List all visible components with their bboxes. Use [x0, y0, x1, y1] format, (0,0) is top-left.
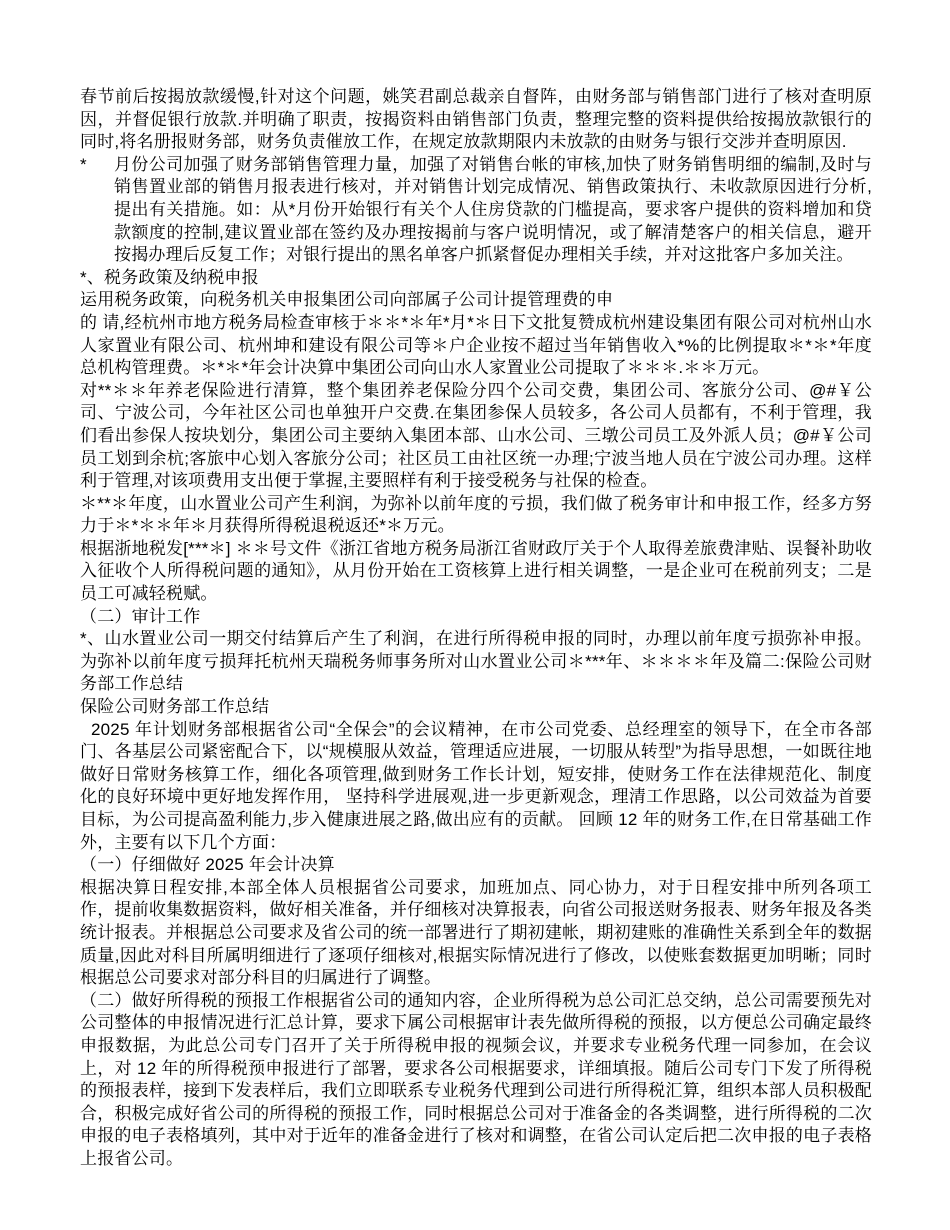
para-final-accounts-detail: 根据决算日程安排,本部全体人员根据省公司要求，加班加点、同心协力，对于日程安排中… [80, 877, 872, 990]
list-bullet: * [80, 154, 114, 177]
para-management-fee-approval: 的 请,经杭州市地方税务局检查审核于＊＊*＊年*月*＊日下文批复赞成杭州建设集团… [80, 312, 872, 380]
list-item-monthly-sales-management: * 月份公司加强了财务部销售管理力量，加强了对销售台帐的审核,加快了财务销售明细… [80, 154, 872, 267]
para-mortgage-loan-followup: 春节前后按揭放款缓慢,针对这个问题，姚笑君副总裁亲自督阵，由财务部与销售部门进行… [80, 86, 872, 154]
para-tax-refund: ＊**＊年度，山水置业公司产生利润，为弥补以前年度的亏损，我们做了税务审计和申报… [80, 493, 872, 538]
para-management-fee-declaration-intro: 运用税务政策，向税务机关申报集团公司向部属子公司计提管理费的申 [80, 289, 872, 312]
para-pension-insurance-settlement: 对**＊＊年养老保险进行清算，整个集团养老保险分四个公司交费，集团公司、客旅分公… [80, 380, 872, 493]
heading-audit-work: （二）审计工作 [80, 606, 872, 629]
para-income-tax-prereport: （二）做好所得税的预报工作根据省公司的通知内容，企业所得税为总公司汇总交纳，总公… [80, 990, 872, 1171]
heading-2025-final-accounts: （一）仔细做好 2025 年会计决算 [80, 854, 872, 877]
para-shanshui-loss-makeup-audit: *、山水置业公司一期交付结算后产生了利润，在进行所得税申报的同时，办理以前年度亏… [80, 628, 872, 696]
document-page: 春节前后按揭放款缓慢,针对这个问题，姚笑君副总裁亲自督阵，由财务部与销售部门进行… [80, 86, 872, 1171]
title-insurance-finance-summary: 保险公司财务部工作总结 [80, 696, 872, 719]
para-2025-plan-overview: 2025 年计划财务部根据省公司“全保会”的会议精神，在市公司党委、总经理室的领… [80, 719, 872, 855]
list-item-text: 月份公司加强了财务部销售管理力量，加强了对销售台帐的审核,加快了财务销售明细的编… [114, 154, 872, 267]
heading-tax-policy: *、税务政策及纳税申报 [80, 267, 872, 290]
para-tax-document-notice: 根据浙地税发[***＊] ＊＊号文件《浙江省地方税务局浙江省财政厅关于个人取得差… [80, 538, 872, 606]
